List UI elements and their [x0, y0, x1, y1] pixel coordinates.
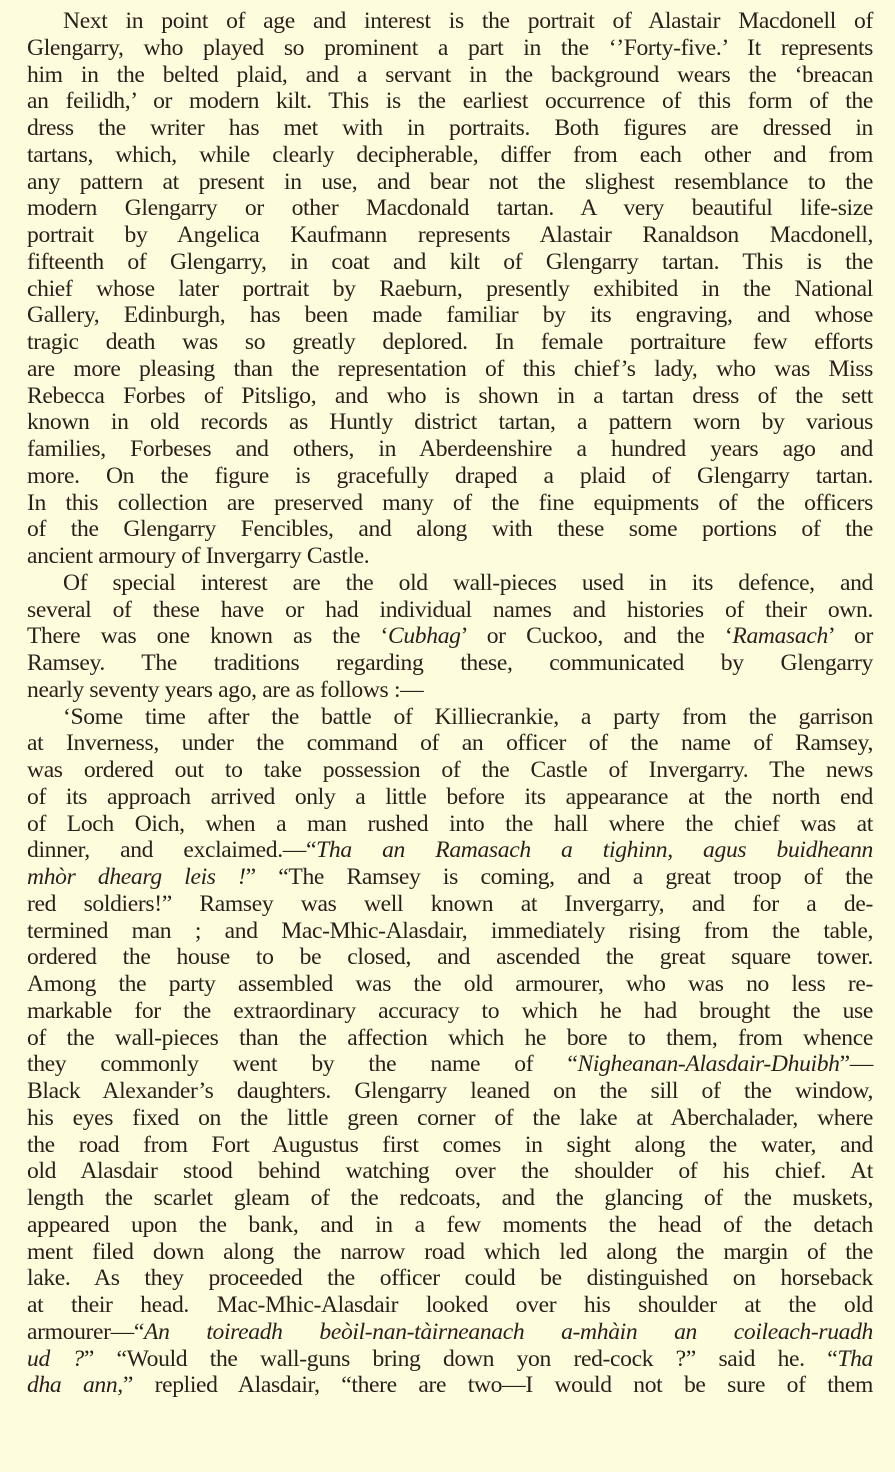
text-line: fifteenth of Glengarry, in coat and kilt…: [27, 249, 873, 276]
text-line: known in old records as Huntly district …: [27, 409, 873, 436]
text-line: of its approach arrived only a little be…: [27, 784, 873, 811]
text-line: Gallery, Edinburgh, has been made famili…: [27, 302, 873, 329]
text-segment: ’ or: [828, 623, 873, 649]
text-line: ordered the house to be closed, and asce…: [27, 944, 873, 971]
text-line: of the wall-pieces than the affection wh…: [27, 1025, 873, 1052]
text-line: old Alasdair stood behind watching over …: [27, 1158, 873, 1185]
text-line: termined man ; and Mac-Mhic-Alasdair, im…: [27, 918, 873, 945]
text-line: at their head. Mac-Mhic-Alasdair looked …: [27, 1292, 873, 1319]
text-line: markable for the extraordinary accuracy …: [27, 998, 873, 1025]
text-line: tragic death was so greatly deplored. In…: [27, 329, 873, 356]
text-line: him in the belted plaid, and a servant i…: [27, 62, 873, 89]
text-line: was ordered out to take possession of th…: [27, 757, 873, 784]
text-line: Black Alexander’s daughters. Glengarry l…: [27, 1078, 873, 1105]
text-line: are more pleasing than the representatio…: [27, 356, 873, 383]
text-line: tartans, which, while clearly decipherab…: [27, 142, 873, 169]
text-segment: dinner, and exclaimed.—“: [27, 837, 316, 863]
text-line: There was one known as the ‘Cubhag’ or C…: [27, 623, 873, 650]
text-segment: ” “The Ramsey is coming, and a great tro…: [246, 864, 873, 890]
text-line: at Inverness, under the command of an of…: [27, 730, 873, 757]
text-line: dha ann,” replied Alasdair, “there are t…: [27, 1372, 873, 1399]
italic-phrase: Cubhag: [388, 623, 461, 649]
text-line: dress the writer has met with in portrai…: [27, 115, 873, 142]
text-line: Ramsey. The traditions regarding these, …: [27, 650, 873, 677]
text-line: his eyes fixed on the little green corne…: [27, 1105, 873, 1132]
text-line: Of special interest are the old wall-pie…: [27, 570, 873, 597]
text-line: appeared upon the bank, and in a few mom…: [27, 1212, 873, 1239]
italic-phrase: dha ann,: [27, 1372, 123, 1398]
text-line: chief whose later portrait by Raeburn, p…: [27, 276, 873, 303]
text-line: of Loch Oich, when a man rushed into the…: [27, 811, 873, 838]
text-line: In this collection are preserved many of…: [27, 490, 873, 517]
text-segment: ” replied Alasdair, “there are two—I wou…: [123, 1372, 873, 1398]
text-segment: ’ or Cuckoo, and the ‘: [461, 623, 733, 649]
text-line: ancient armoury of Invergarry Castle.: [27, 543, 873, 570]
text-line: length the scarlet gleam of the redcoats…: [27, 1185, 873, 1212]
text-line: Rebecca Forbes of Pitsligo, and who is s…: [27, 383, 873, 410]
text-line: an feilidh,’ or modern kilt. This is the…: [27, 88, 873, 115]
text-segment: they commonly went by the name of “: [27, 1051, 578, 1077]
italic-phrase: Tha an Ramasach a tighinn, agus buidhean…: [316, 837, 873, 863]
italic-phrase: Nigheanan-Alasdair-Dhuibh: [578, 1051, 840, 1077]
text-line: armourer—“An toireadh beòil-nan-tàirnean…: [27, 1319, 873, 1346]
text-line: Among the party assembled was the old ar…: [27, 971, 873, 998]
text-line: dinner, and exclaimed.—“Tha an Ramasach …: [27, 837, 873, 864]
text-line: lake. As they proceeded the officer coul…: [27, 1265, 873, 1292]
text-line: ment filed down along the narrow road wh…: [27, 1239, 873, 1266]
text-line: modern Glengarry or other Macdonald tart…: [27, 195, 873, 222]
text-segment: armourer—“: [27, 1319, 144, 1345]
text-line: mhòr dhearg leis !” “The Ramsey is comin…: [27, 864, 873, 891]
text-line: Glengarry, who played so prominent a par…: [27, 35, 873, 62]
text-segment: ”—: [840, 1051, 873, 1077]
text-line: ud ?” “Would the wall-guns bring down yo…: [27, 1346, 873, 1373]
text-segment: There was one known as the ‘: [27, 623, 388, 649]
italic-phrase: Tha: [837, 1346, 873, 1372]
text-line: red soldiers!” Ramsey was well known at …: [27, 891, 873, 918]
text-segment: ” “Would the wall-guns bring down yon re…: [84, 1346, 837, 1372]
text-line: the road from Fort Augustus first comes …: [27, 1132, 873, 1159]
italic-phrase: Ramasach: [732, 623, 828, 649]
italic-phrase: An toireadh beòil-nan-tàirneanach a-mhài…: [144, 1319, 873, 1345]
text-line: they commonly went by the name of “Nighe…: [27, 1051, 873, 1078]
text-line: any pattern at present in use, and bear …: [27, 169, 873, 196]
italic-phrase: ud ?: [27, 1346, 84, 1372]
text-line: nearly seventy years ago, are as follows…: [27, 677, 873, 704]
text-line: Next in point of age and interest is the…: [27, 8, 873, 35]
italic-phrase: mhòr dhearg leis !: [27, 864, 246, 890]
document-page: Next in point of age and interest is the…: [27, 8, 873, 1399]
text-line: families, Forbeses and others, in Aberde…: [27, 436, 873, 463]
text-line: portrait by Angelica Kaufmann represents…: [27, 222, 873, 249]
text-line: more. On the figure is gracefully draped…: [27, 463, 873, 490]
text-line: ‘Some time after the battle of Killiecra…: [27, 704, 873, 731]
text-line: several of these have or had individual …: [27, 597, 873, 624]
text-line: of the Glengarry Fencibles, and along wi…: [27, 516, 873, 543]
